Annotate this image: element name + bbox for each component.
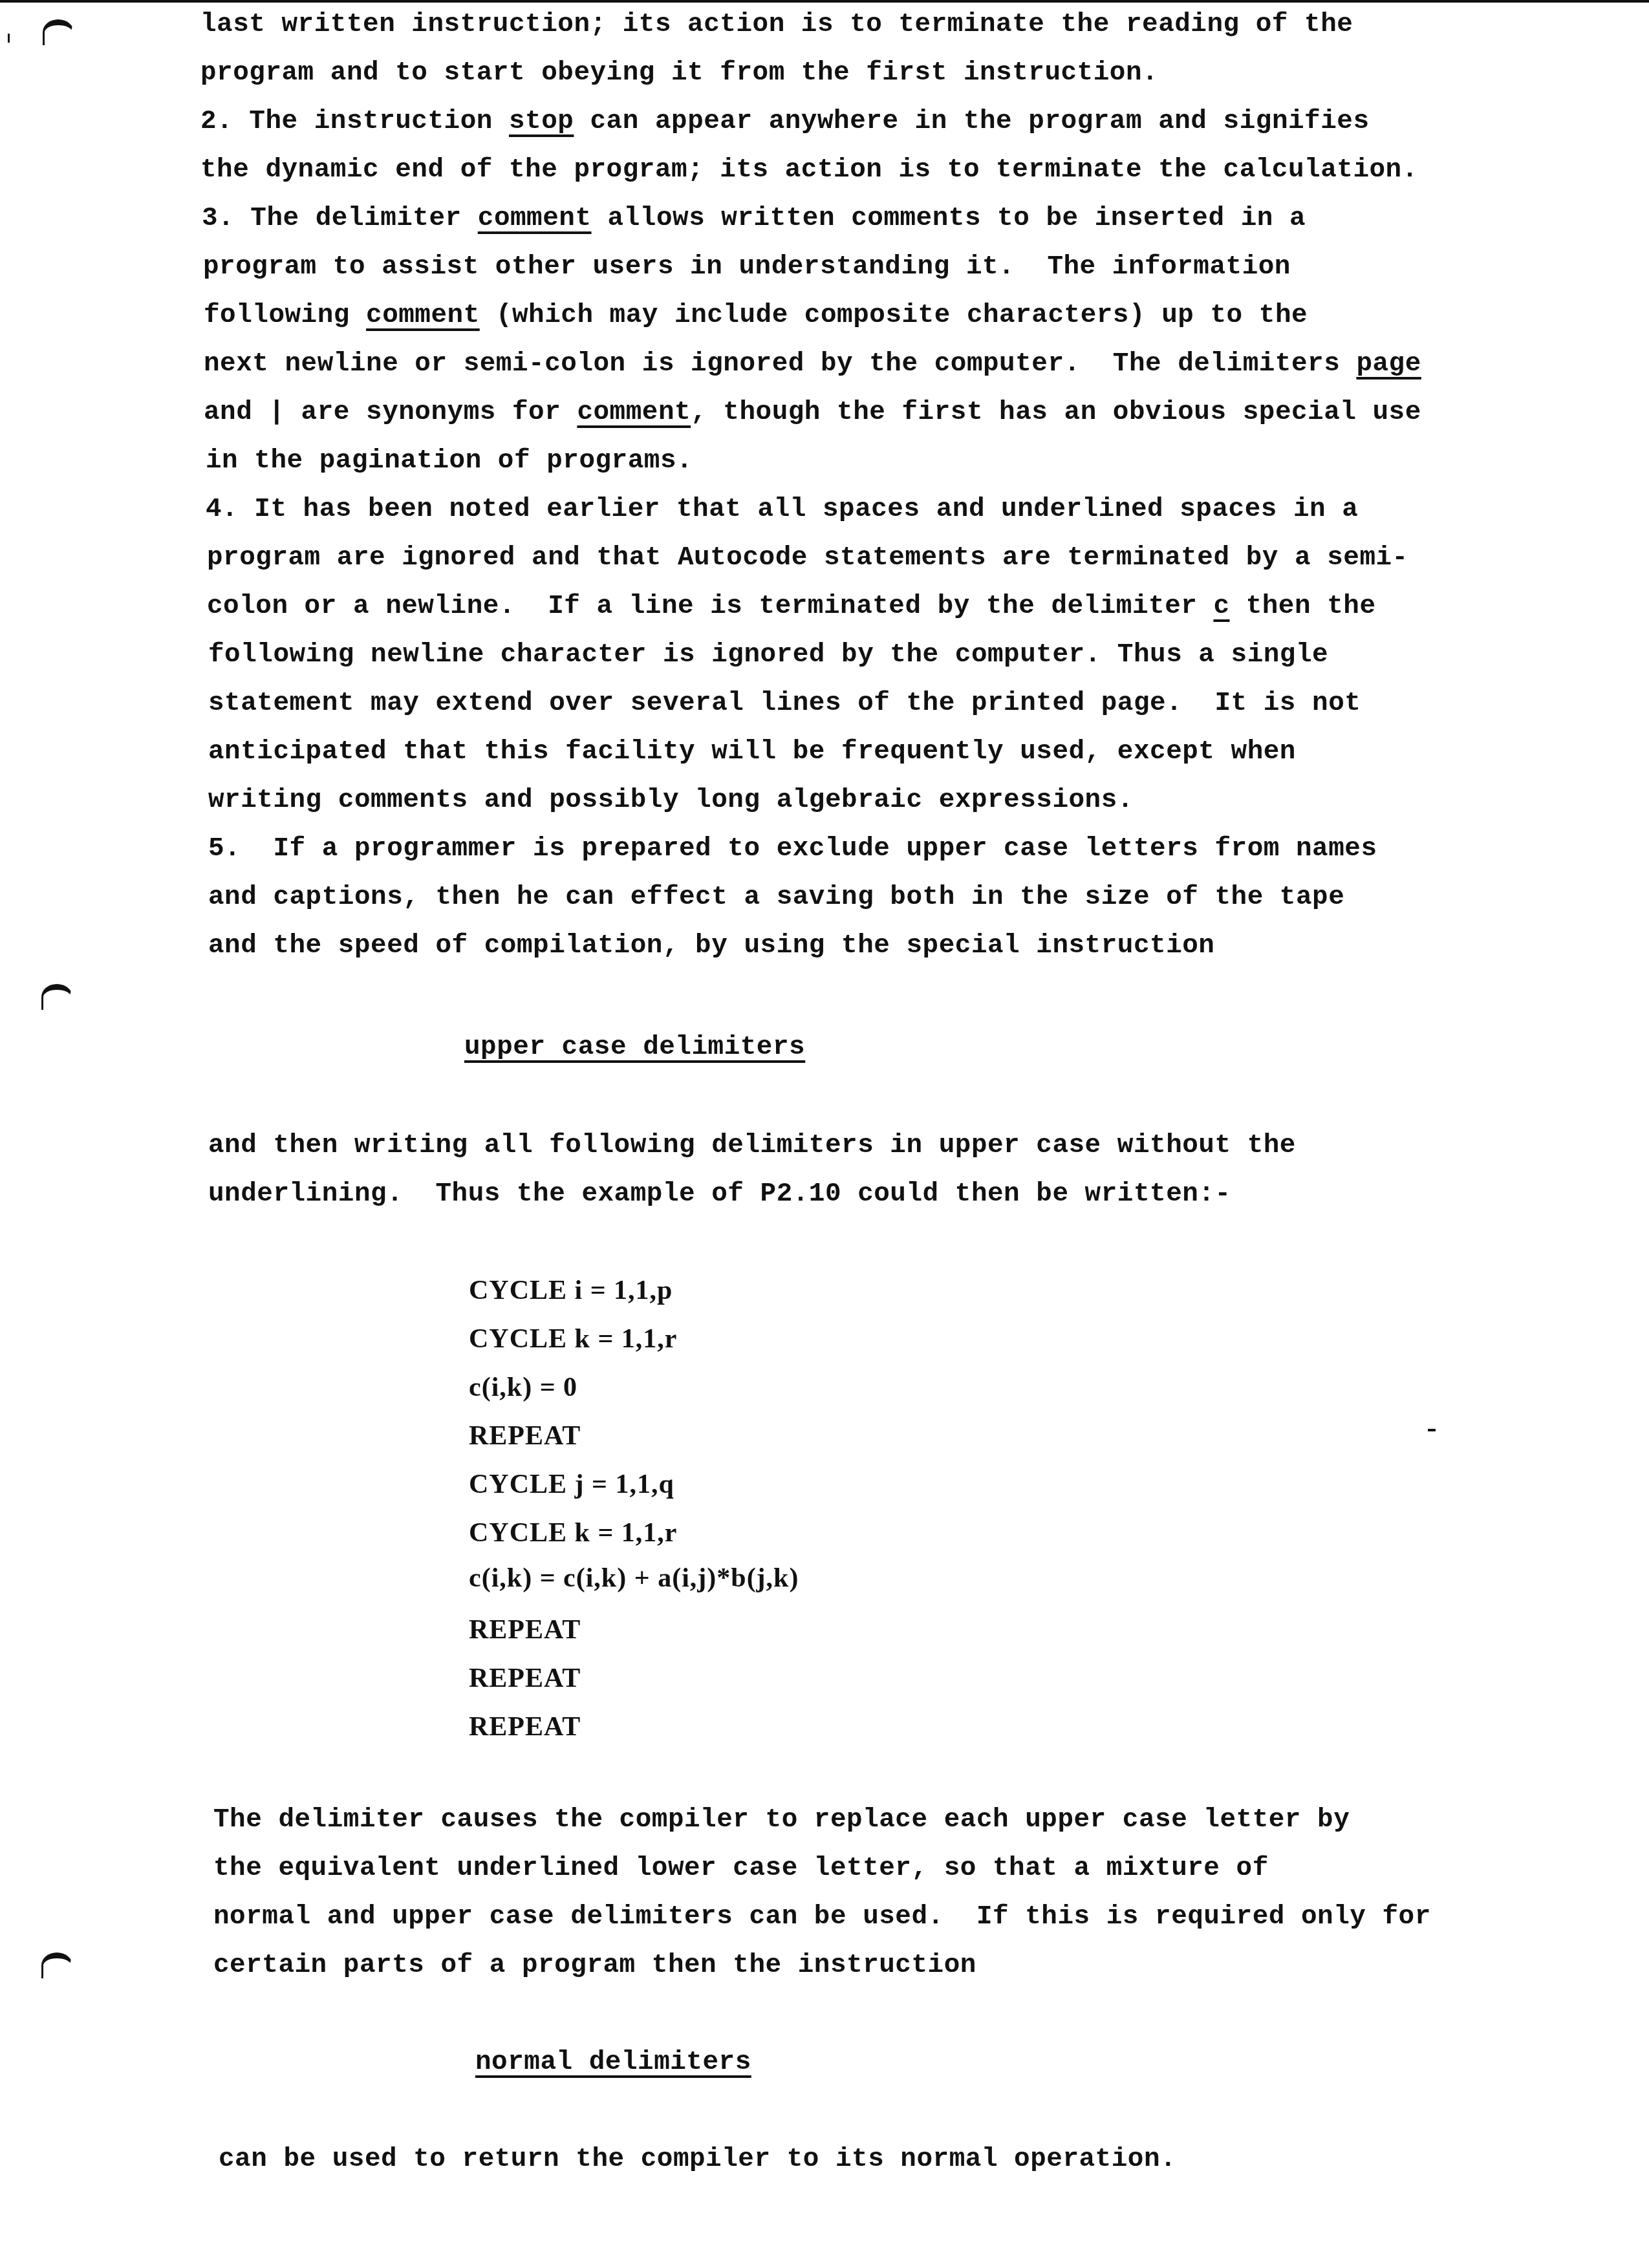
body-line: the dynamic end of the program; its acti…: [200, 157, 1418, 184]
body-line: 5. If a programmer is prepared to exclud…: [208, 836, 1377, 862]
page-top-edge: [0, 0, 1649, 3]
code-line: CYCLE i = 1,1,p: [469, 1277, 673, 1304]
underlined-delimiter: comment: [366, 301, 480, 330]
code-line: REPEAT: [469, 1422, 581, 1450]
body-line: normal and upper case delimiters can be …: [213, 1904, 1431, 1931]
body-line: and then writing all following delimiter…: [208, 1133, 1296, 1159]
body-line: program are ignored and that Autocode st…: [207, 545, 1408, 572]
body-line: certain parts of a program then the inst…: [213, 1952, 976, 1979]
code-line: c(i,k) = 0: [469, 1374, 577, 1401]
closing-line: can be used to return the compiler to it…: [219, 2146, 1176, 2173]
body-line: following newline character is ignored b…: [208, 642, 1328, 669]
punch-hole-mark-middle: [41, 984, 72, 1010]
code-line: CYCLE j = 1,1,q: [469, 1471, 674, 1498]
stray-mark: [1428, 1429, 1436, 1431]
body-line: in the pagination of programs.: [206, 448, 693, 475]
punch-hole-mark-top: [43, 19, 74, 45]
underlined-delimiter: page: [1356, 349, 1421, 379]
body-line: last written instruction; its action is …: [200, 12, 1353, 38]
body-line: program and to start obeying it from the…: [200, 60, 1158, 87]
underlined-delimiter: comment: [478, 204, 592, 233]
body-line: underlining. Thus the example of P2.10 c…: [208, 1181, 1231, 1208]
body-line: 4. It has been noted earlier that all sp…: [206, 497, 1358, 523]
punch-hole-mark-bottom: [41, 1952, 72, 1978]
code-line: REPEAT: [469, 1616, 581, 1643]
body-line: colon or a newline. If a line is termina…: [207, 594, 1376, 620]
code-line: REPEAT: [469, 1713, 581, 1740]
code-line: CYCLE k = 1,1,r: [469, 1519, 677, 1546]
code-line: CYCLE k = 1,1,r: [469, 1325, 677, 1353]
body-line: statement may extend over several lines …: [208, 690, 1361, 717]
body-line: writing comments and possibly long algeb…: [208, 787, 1134, 814]
body-line: and the speed of compilation, by using t…: [208, 933, 1214, 959]
underlined-delimiter: stop: [509, 107, 574, 136]
body-line: next newline or semi-colon is ignored by…: [204, 351, 1421, 378]
body-line: and captions, then he can effect a savin…: [208, 884, 1344, 911]
underlined-delimiter: c: [1213, 592, 1229, 621]
body-line: The delimiter causes the compiler to rep…: [213, 1807, 1350, 1834]
body-line: anticipated that this facility will be f…: [208, 739, 1296, 765]
body-line: program to assist other users in underst…: [203, 254, 1291, 281]
body-line: and | are synonyms for comment, though t…: [204, 400, 1421, 426]
body-line: the equivalent underlined lower case let…: [213, 1856, 1269, 1882]
code-line: REPEAT: [469, 1665, 581, 1692]
body-line: 3. The delimiter comment allows written …: [202, 206, 1306, 232]
margin-tick-mark: [8, 34, 10, 43]
instruction-normal-delimiters: normal delimiters: [475, 2049, 751, 2076]
body-line: following comment (which may include com…: [204, 303, 1308, 329]
underlined-delimiter: comment: [577, 398, 691, 427]
body-line: 2. The instruction stop can appear anywh…: [200, 109, 1370, 135]
instruction-upper-case-delimiters: upper case delimiters: [464, 1034, 805, 1061]
scanned-page: last written instruction; its action is …: [0, 0, 1649, 2268]
code-line: c(i,k) = c(i,k) + a(i,j)*b(j,k): [469, 1565, 799, 1592]
